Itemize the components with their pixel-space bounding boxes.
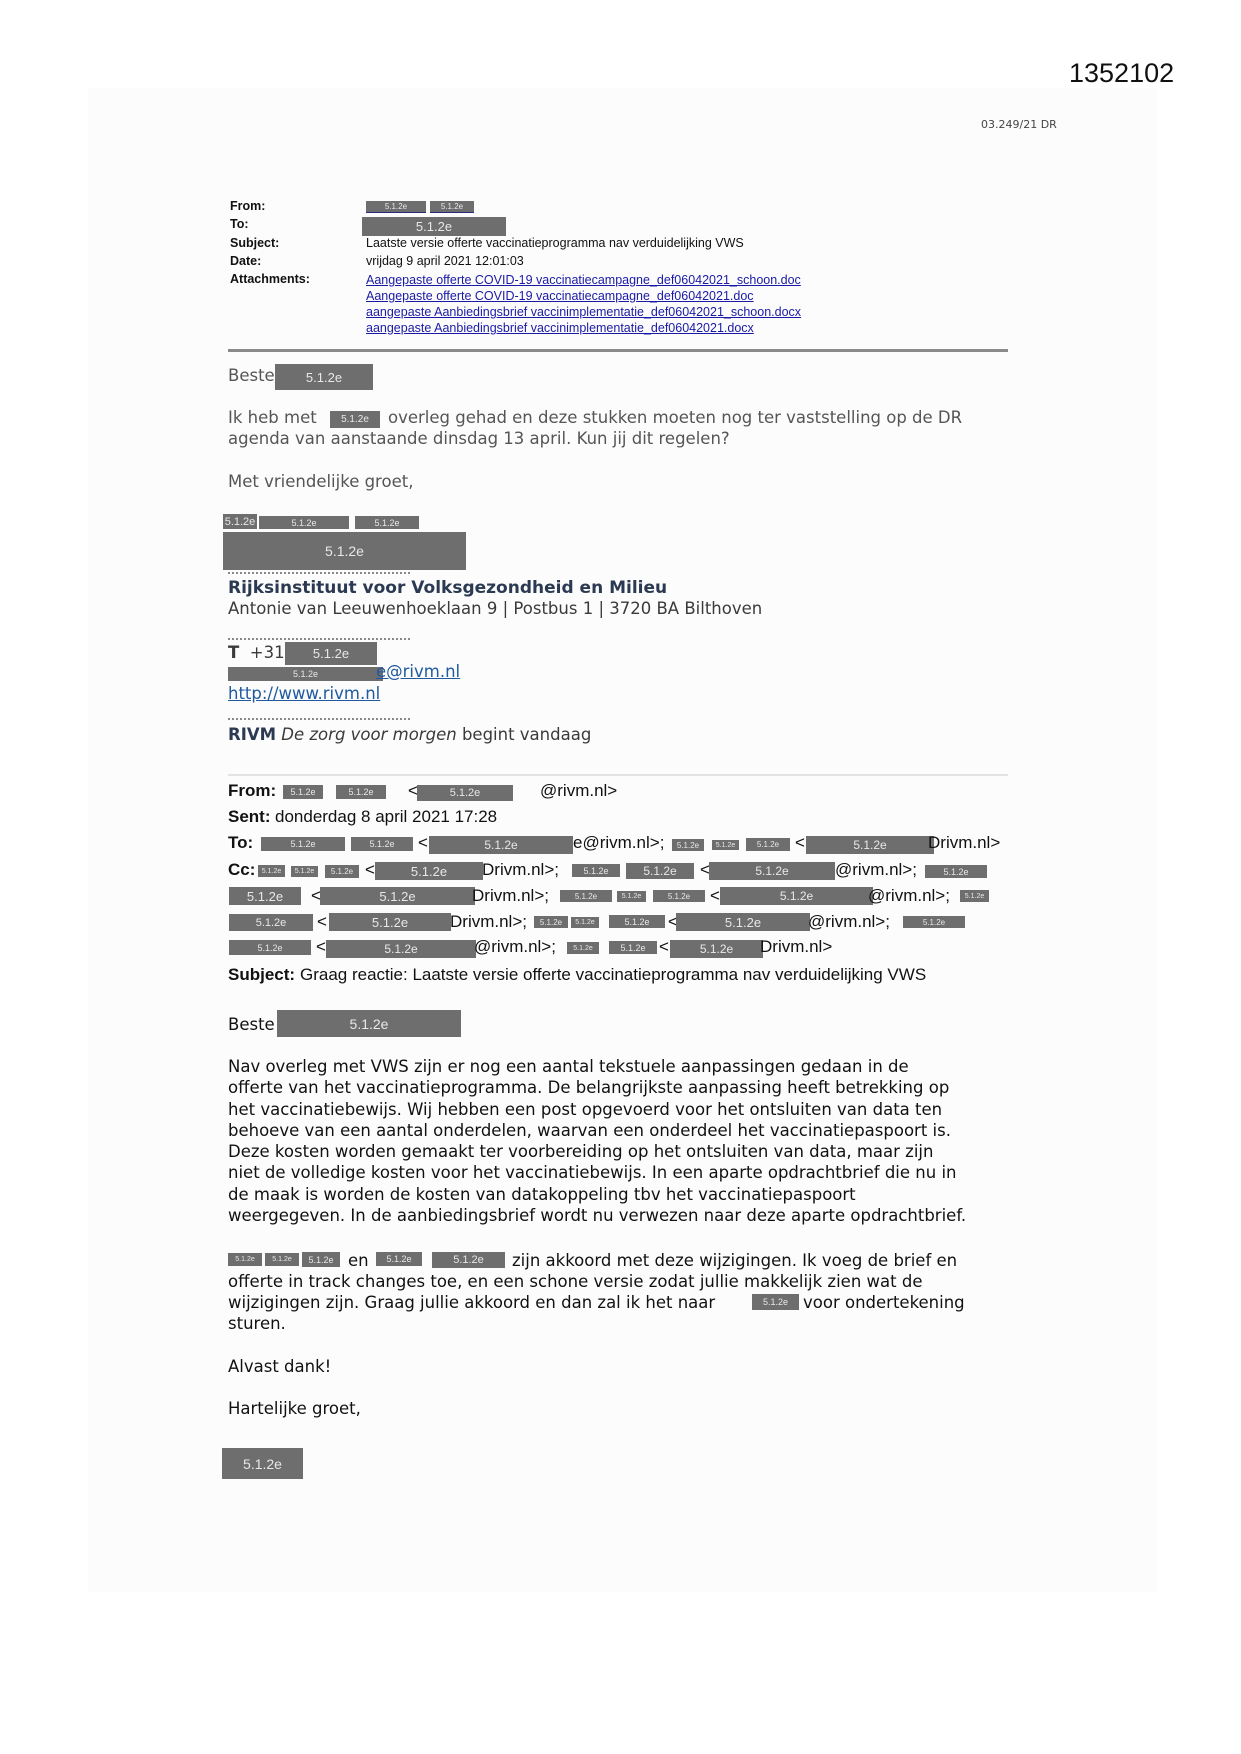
p1-line: de maak is worden de kosten van datakopp…	[228, 1184, 966, 1205]
to-label: To:	[228, 833, 253, 853]
redacted-cc: 5.1.2e	[571, 917, 599, 928]
redacted-to2-email: 5.1.2e	[806, 836, 934, 854]
cc-label: Cc:	[228, 860, 255, 880]
inner-greeting: Beste	[228, 1014, 275, 1035]
sent-value: donderdag 8 april 2021 17:28	[275, 807, 497, 827]
redacted-person: 5.1.2e	[265, 1253, 299, 1266]
to2-email-domain: Drivm.nl>	[928, 833, 1000, 853]
redacted-cc: 5.1.2e	[258, 865, 285, 877]
redacted-signature-title: 5.1.2e	[223, 532, 466, 570]
cc-email-domain: @rivm.nl>;	[835, 860, 917, 880]
attachment-link[interactable]: aangepaste Aanbiedingsbrief vaccinimplem…	[366, 305, 801, 319]
p2-line2: offerte in track changes toe, en een sch…	[228, 1271, 922, 1292]
p1-line: Deze kosten worden gemaakt ter voorberei…	[228, 1141, 966, 1162]
redacted-signature-name: 5.1.2e	[259, 516, 349, 529]
body-line2: agenda van aanstaande dinsdag 13 april. …	[228, 429, 730, 448]
redacted-cc: 5.1.2e	[229, 887, 301, 905]
slogan: RIVM De zorg voor morgen begint vandaag	[228, 725, 591, 744]
redacted-to-surname: 5.1.2e	[351, 837, 413, 851]
redacted-to2-initial: 5.1.2e	[672, 839, 704, 851]
inner-subject: Graag reactie: Laatste versie offerte va…	[300, 965, 926, 985]
redacted-cc: 5.1.2e	[626, 863, 694, 879]
document-number: 1352102	[1069, 58, 1174, 89]
phone-prefix: T	[228, 643, 239, 662]
redacted-cc-email: 5.1.2e	[375, 862, 483, 880]
p2-line4: sturen.	[228, 1313, 286, 1334]
body-line1-end: overleg gehad en deze stukken moeten nog…	[388, 408, 962, 427]
redacted-cc: 5.1.2e	[229, 940, 311, 955]
from-label: From:	[230, 199, 265, 213]
redacted-cc: 5.1.2e	[653, 890, 705, 902]
redacted-cc: 5.1.2e	[925, 865, 987, 878]
redacted-from-surname: 5.1.2e	[430, 201, 474, 213]
slogan-rest: begint vandaag	[462, 725, 591, 744]
cc-email-domain: @rivm.nl>;	[474, 937, 556, 957]
inner-closing: Hartelijke groet,	[228, 1398, 361, 1419]
redacted-phone: 5.1.2e	[285, 642, 377, 665]
attachments-label: Attachments:	[230, 272, 310, 286]
redacted-from-name: 5.1.2e	[366, 201, 426, 213]
body-line1-start: Ik heb met	[228, 408, 317, 427]
redacted-cc: 5.1.2e	[617, 891, 646, 902]
inner-from-label: From:	[228, 781, 276, 801]
to-label: To:	[230, 217, 249, 231]
cc-email-domain: @rivm.nl>;	[808, 912, 890, 932]
redacted-cc: 5.1.2e	[903, 916, 965, 928]
redacted-cc: 5.1.2e	[229, 914, 313, 931]
redacted-cc-email: 5.1.2e	[676, 913, 810, 931]
p2-line3-end: voor ondertekening	[803, 1292, 965, 1313]
lt: <	[659, 937, 669, 957]
outer-subject: Laatste versie offerte vaccinatieprogram…	[366, 236, 744, 250]
redacted-cc: 5.1.2e	[325, 865, 359, 878]
date-label: Date:	[230, 254, 261, 268]
dotted-divider	[228, 572, 410, 574]
subject-label: Subject:	[230, 236, 279, 250]
redacted-cc-email: 5.1.2e	[709, 862, 835, 880]
outer-date: vrijdag 9 april 2021 12:01:03	[366, 254, 524, 268]
redacted-from-surname: 5.1.2e	[336, 785, 386, 799]
organization-address: Antonie van Leeuwenhoeklaan 9 | Postbus …	[228, 599, 762, 618]
redacted-recipient-name: 5.1.2e	[277, 1010, 461, 1037]
redacted-person: 5.1.2e	[302, 1252, 340, 1267]
attachment-link[interactable]: Aangepaste offerte COVID-19 vaccinatieca…	[366, 273, 801, 287]
closing: Met vriendelijke groet,	[228, 472, 413, 491]
redacted-signature-surname: 5.1.2e	[355, 516, 419, 529]
p2-en: en	[348, 1250, 369, 1271]
attachment-link[interactable]: aangepaste Aanbiedingsbrief vaccinimplem…	[366, 321, 754, 335]
redacted-cc-email: 5.1.2e	[320, 887, 475, 905]
dotted-divider	[228, 638, 410, 640]
redacted-sender-signature: 5.1.2e	[222, 1448, 303, 1479]
p2-line1: zijn akkoord met deze wijzigingen. Ik vo…	[512, 1250, 957, 1271]
redacted-cc: 5.1.2e	[560, 890, 612, 902]
lt: <	[795, 833, 805, 853]
p1-line: weergegeven. In de aanbiedingsbrief word…	[228, 1205, 966, 1226]
cc-email-domain: Drivm.nl>	[760, 937, 832, 957]
redacted-person: 5.1.2e	[376, 1252, 422, 1266]
to-email-domain: e@rivm.nl>;	[573, 833, 664, 853]
redacted-signature-initial: 5.1.2e	[223, 514, 257, 529]
redacted-cc: 5.1.2e	[291, 866, 318, 877]
sent-label: Sent:	[228, 807, 271, 827]
cc-email-domain: Drivm.nl>;	[482, 860, 559, 880]
website-link[interactable]: http://www.rivm.nl	[228, 684, 380, 703]
thanks: Alvast dank!	[228, 1356, 331, 1377]
redacted-person: 5.1.2e	[432, 1252, 505, 1268]
redacted-from-email: 5.1.2e	[417, 785, 513, 801]
organization-name: Rijksinstituut voor Volksgezondheid en M…	[228, 578, 667, 598]
redacted-cc-email: 5.1.2e	[326, 940, 476, 958]
redacted-cc: 5.1.2e	[567, 942, 599, 954]
attachment-link[interactable]: Aangepaste offerte COVID-19 vaccinatieca…	[366, 289, 754, 303]
redacted-cc: 5.1.2e	[960, 890, 989, 902]
p2-line3-start: wijzigingen zijn. Graag jullie akkoord e…	[228, 1292, 715, 1313]
redacted-cc-email: 5.1.2e	[329, 913, 451, 931]
redacted-person: 5.1.2e	[752, 1294, 799, 1310]
p1-line: Nav overleg met VWS zijn er nog een aant…	[228, 1056, 966, 1077]
lt: <	[317, 912, 327, 932]
email-link[interactable]: e@rivm.nl	[376, 662, 460, 681]
redacted-to2-name: 5.1.2e	[746, 838, 790, 851]
redacted-cc-email: 5.1.2e	[720, 887, 873, 905]
redacted-from-name: 5.1.2e	[283, 785, 323, 799]
from-email-domain: @rivm.nl>	[540, 781, 617, 801]
redacted-cc: 5.1.2e	[534, 916, 568, 928]
p1-line: offerte van het vaccinatieprogramma. De …	[228, 1077, 966, 1098]
redacted-email-local: 5.1.2e	[228, 667, 383, 681]
cc-email-domain: Drivm.nl>;	[472, 886, 549, 906]
lt: <	[365, 860, 375, 880]
phone-country-code: +31	[250, 643, 285, 662]
header-divider	[228, 349, 1008, 352]
p1-line: het vaccinatiebewijs. Wij hebben een pos…	[228, 1099, 966, 1120]
redacted-to-email: 5.1.2e	[429, 836, 573, 854]
slogan-brand: RIVM	[228, 725, 276, 744]
redacted-to-name: 5.1.2e	[261, 837, 345, 851]
redacted-recipient-name: 5.1.2e	[275, 364, 373, 390]
phone-line: T +31	[228, 643, 285, 662]
redacted-cc: 5.1.2e	[572, 864, 620, 877]
cc-email-domain: Drivm.nl>;	[450, 912, 527, 932]
redacted-to: 5.1.2e	[362, 217, 506, 236]
inner-subject-label: Subject:	[228, 965, 295, 985]
redacted-person: 5.1.2e	[330, 411, 380, 428]
redacted-cc-email: 5.1.2e	[670, 940, 763, 958]
forward-divider	[228, 774, 1008, 776]
cc-email-domain: @rivm.nl>;	[868, 886, 950, 906]
lt: <	[710, 886, 720, 906]
p1-line: niet de volledige kosten voor het vaccin…	[228, 1162, 966, 1183]
greeting: Beste	[228, 366, 275, 385]
lt: <	[316, 937, 326, 957]
redacted-cc: 5.1.2e	[609, 941, 657, 954]
document-reference: 03.249/21 DR	[981, 118, 1057, 131]
p1-line: behoeve van een aantal onderdelen, waarv…	[228, 1120, 966, 1141]
redacted-cc: 5.1.2e	[609, 915, 665, 928]
paragraph-1: Nav overleg met VWS zijn er nog een aant…	[228, 1056, 966, 1226]
lt: <	[418, 833, 428, 853]
redacted-to2-middle: 5.1.2e	[712, 840, 739, 850]
redacted-person: 5.1.2e	[228, 1253, 262, 1266]
slogan-italic: De zorg voor morgen	[281, 725, 456, 744]
dotted-divider	[228, 718, 410, 720]
